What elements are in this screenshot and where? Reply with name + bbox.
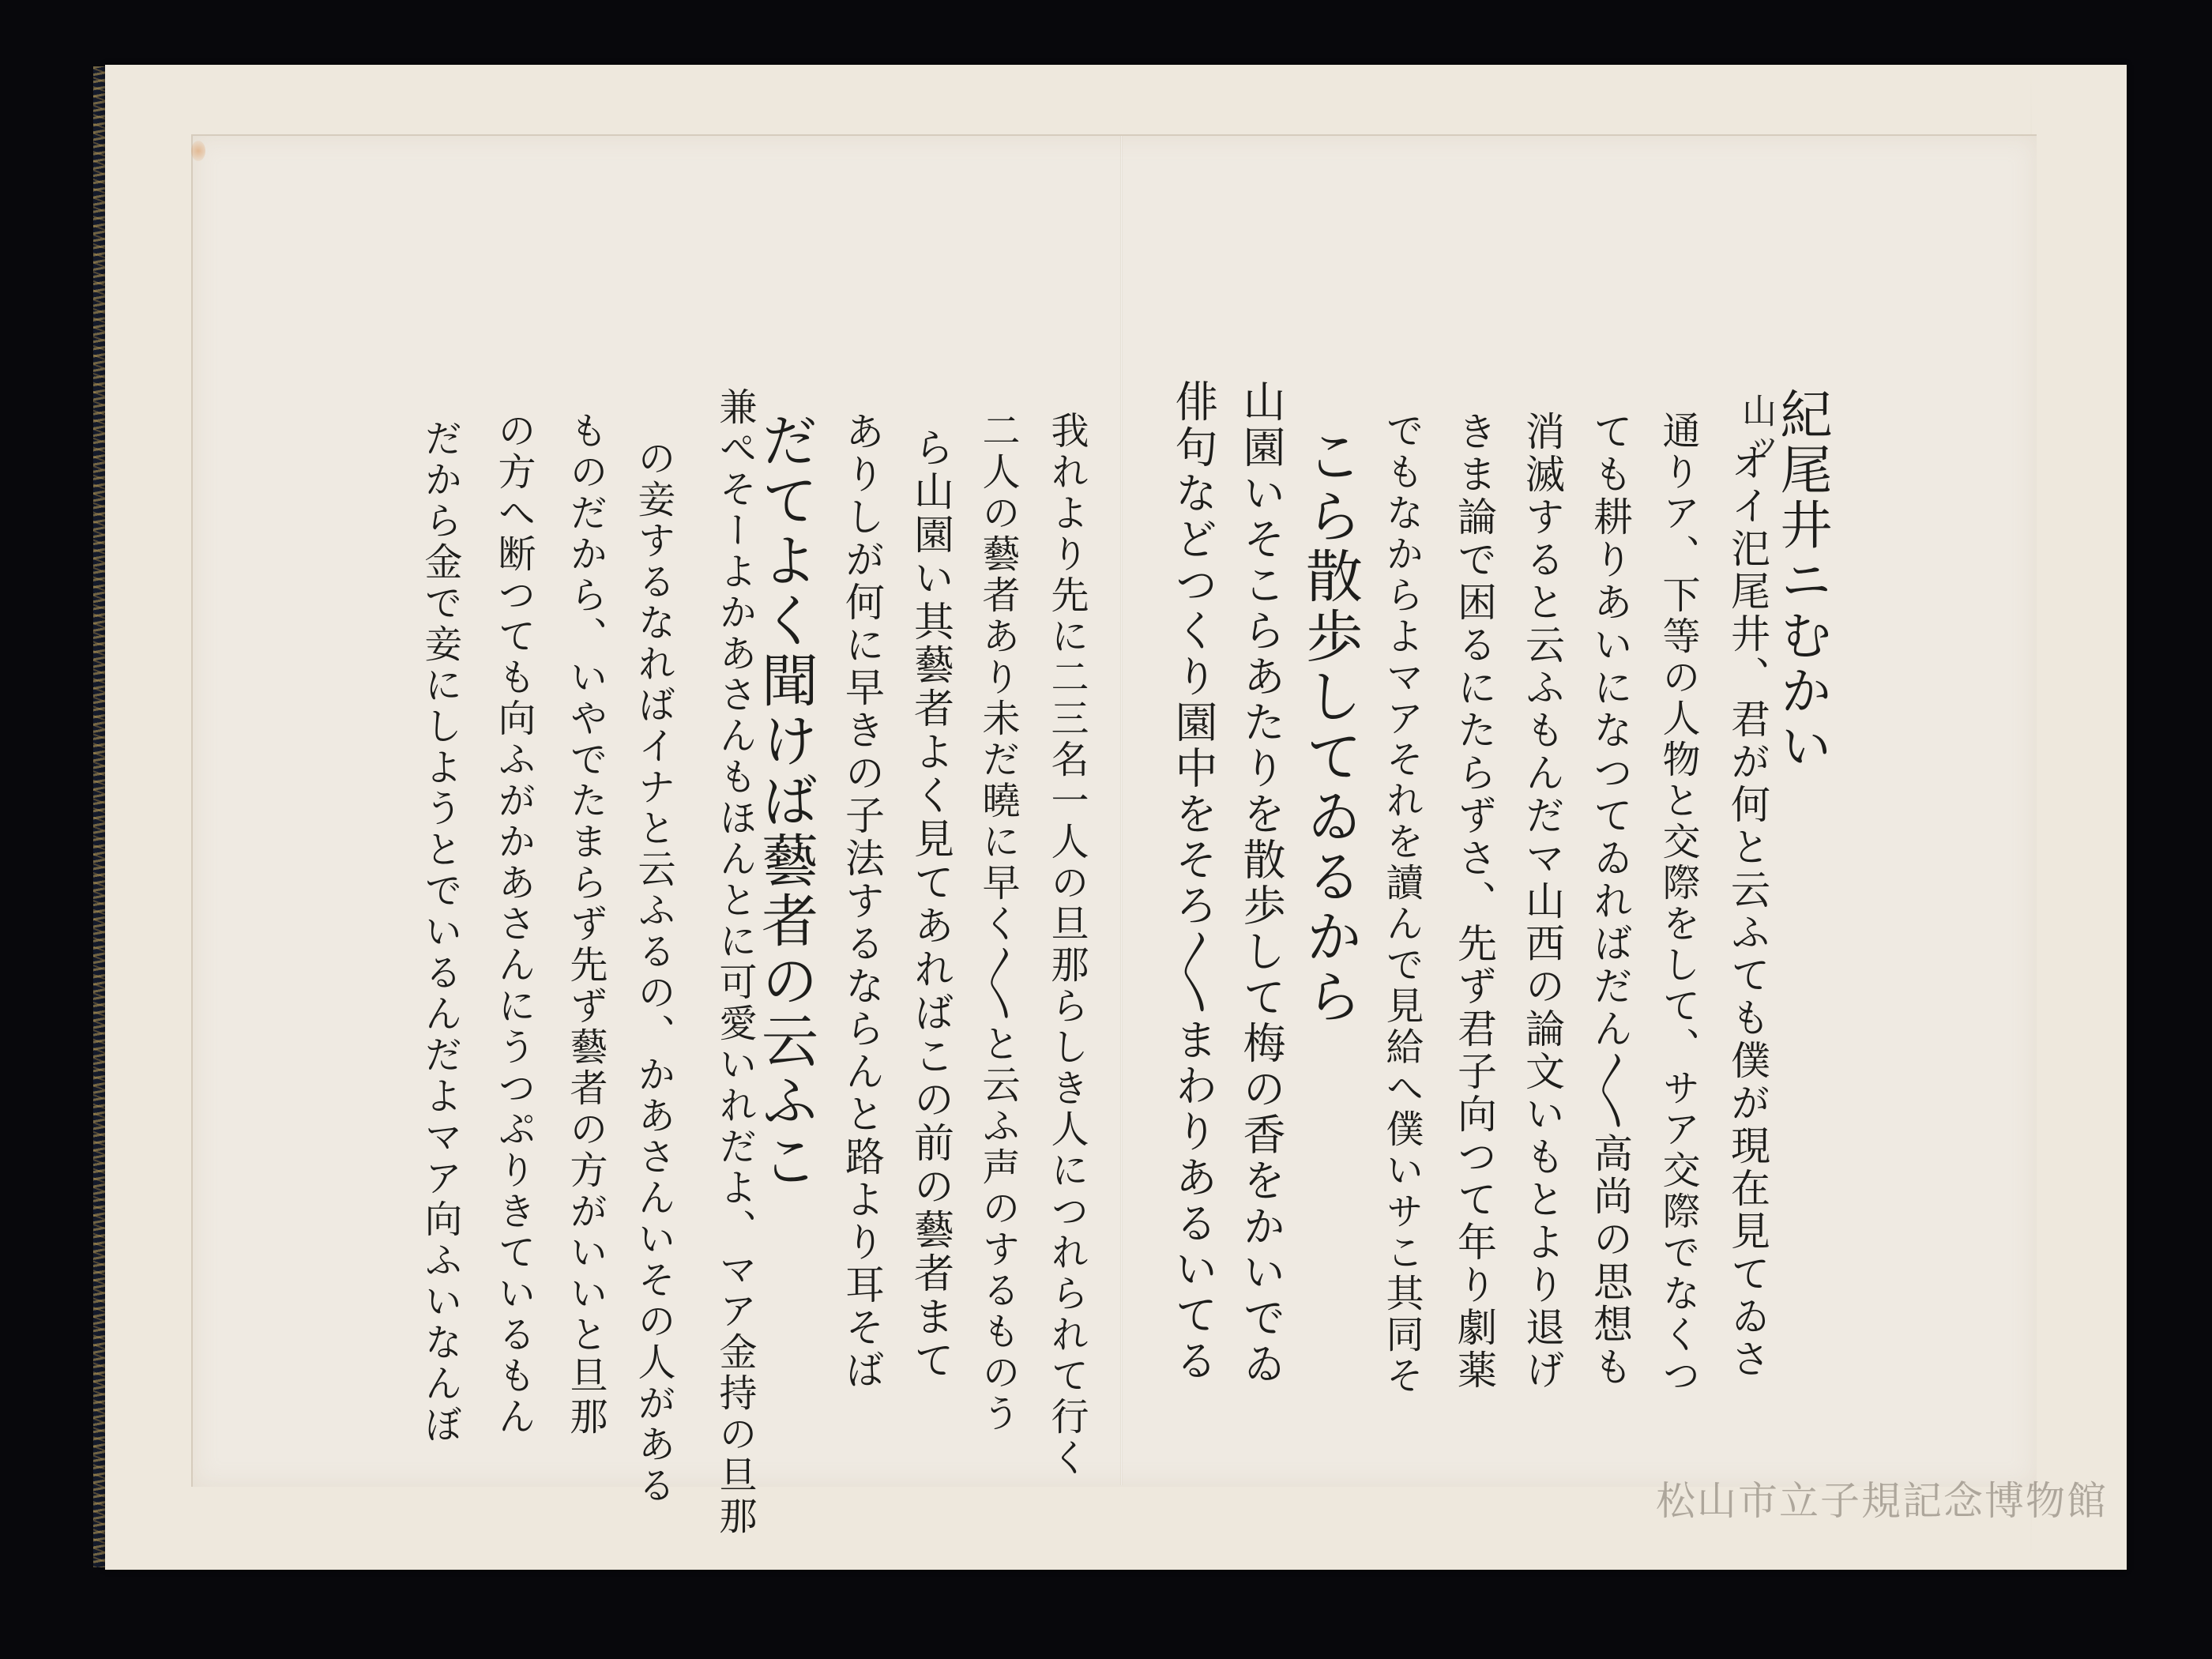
text-column: こら散歩してゐるから xyxy=(1301,427,1358,1027)
text-column: 紀尾井ニむかい xyxy=(1775,387,1827,774)
text-column: だてよく聞けば藝者の云ふこ xyxy=(757,411,814,1191)
text-column: きま論で困るにたらずさ、先ず君子向つて年り劇薬 xyxy=(1454,411,1494,1392)
center-fold xyxy=(1120,136,1123,1485)
text-column: ら山園い其藝者よく見てあればこの前の藝者まて xyxy=(910,427,950,1382)
book-spine xyxy=(93,66,106,1567)
text-column: 我れより先に二三名一人の旦那らしき人につれられて行く xyxy=(1048,411,1085,1479)
text-column: の方へ断つても向ふがかあさんにうつぷりきているもん xyxy=(495,411,532,1438)
text-column: 俳句などつくり園中をそろ〳〵まわりあるいてる xyxy=(1172,379,1214,1384)
text-column: オイ汜尾井、君が何と云ふても僕が現在見てゐさ xyxy=(1728,442,1767,1381)
text-column: の妾するなればイナと云ふるの、かあさんいその人がある xyxy=(634,438,672,1507)
text-column: でもなからよマアそれを讀んで見給へ僕いサこ其同そ xyxy=(1382,411,1420,1397)
text-column: 兼ぺそーよかあさんもほんとに可愛いれだよ、マア金持の旦那 xyxy=(716,387,754,1537)
museum-watermark: 松山市立子規記念博物館 xyxy=(1656,1469,2108,1526)
text-column: ものだから、いやでたまらず先ず藝者の方がいいと旦那 xyxy=(566,411,604,1438)
text-column: 通りア、下等の人物と交際をして、サア交際でなくつ xyxy=(1659,411,1697,1397)
text-column: だから金で妾にしようとでいるんだよマア向ふいなんぼ xyxy=(421,419,459,1446)
text-column: ても耕りあいになつてゐればだん〳〵高尚の思想も xyxy=(1590,411,1630,1389)
paper-stain xyxy=(191,141,205,161)
text-column: 二人の藝者あり未だ曉に早く〳〵と云ふ声のするものう xyxy=(979,411,1017,1435)
text-column: ありしが何に早きの子法するならんと路より耳そば xyxy=(842,411,882,1392)
text-column: 山園いそこらあたりを散歩して梅の香をかいでゐ xyxy=(1240,379,1282,1387)
text-column: 消滅すると云ふもんだマ山西の論文いもとより退げ xyxy=(1522,411,1562,1392)
